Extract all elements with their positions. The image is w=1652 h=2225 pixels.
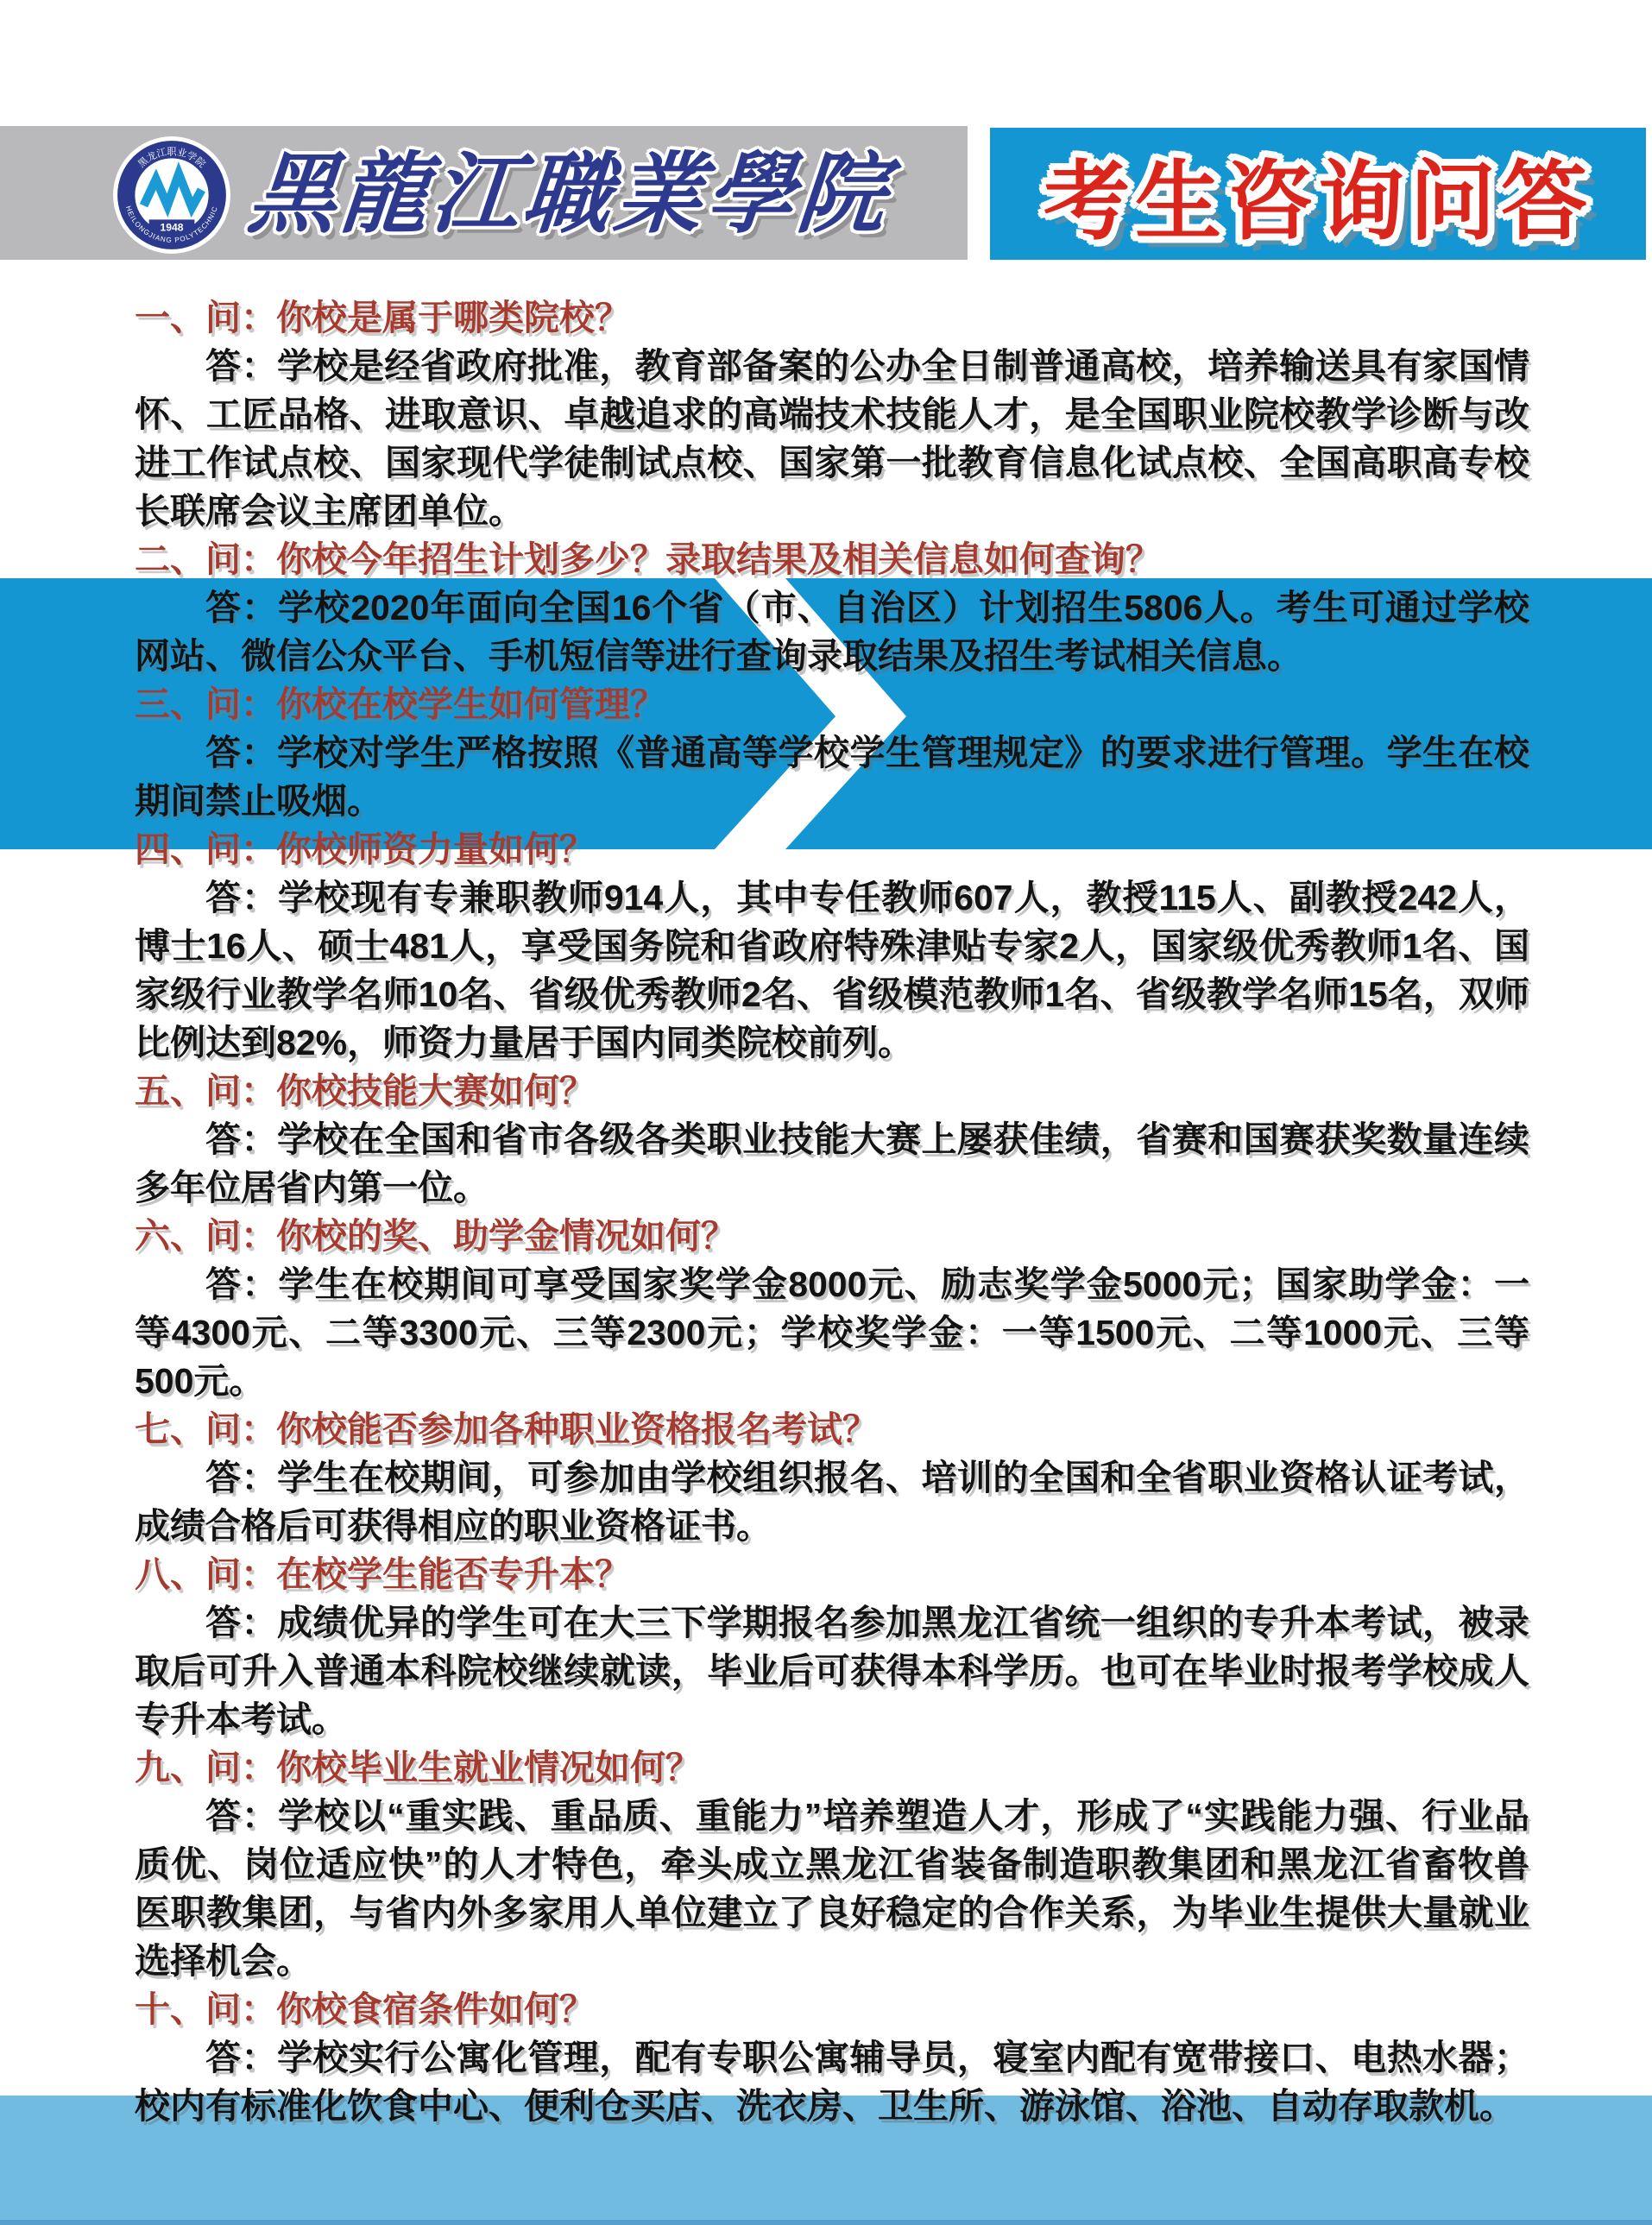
answer-paragraph-3: 答：学校对学生严格按照《普通高等学校学生管理规定》的要求进行管理。学生在校期间禁…	[135, 728, 1529, 825]
question-line-5: 五、问：你校技能大赛如何？	[135, 1067, 1529, 1115]
banner-title-box: 考生咨询问答	[990, 128, 1646, 260]
answer-paragraph-8: 答：成绩优异的学生可在大三下学期报名参加黑龙江省统一组织的专升本考试，被录取后可…	[135, 1598, 1529, 1743]
question-line-8: 八、问：在校学生能否专升本？	[135, 1550, 1529, 1598]
school-name-calligraphy: 黑龍江職業學院	[244, 143, 987, 245]
qa-content: 一、问：你校是属于哪类院校？ 答：学校是经省政府批准，教育部备案的公办全日制普通…	[135, 293, 1529, 2130]
question-line-1: 一、问：你校是属于哪类院校？	[135, 293, 1529, 342]
admissions-qa-page: 1948 黑龙江职业学院 HEILONGJIANG POLYTECHNIC 黑龍…	[0, 0, 1652, 2225]
answer-paragraph-4: 答：学校现有专兼职教师914人，其中专任教师607人，教授115人、副教授242…	[135, 873, 1529, 1067]
answer-paragraph-9: 答：学校以“重实践、重品质、重能力”培养塑造人才，形成了“实践能力强、行业品质优…	[135, 1792, 1529, 1985]
question-line-7: 七、问：你校能否参加各种职业资格报名考试？	[135, 1405, 1529, 1453]
answer-paragraph-10: 答：学校实行公寓化管理，配有专职公寓辅导员，寝室内配有宽带接口、电热水器；校内有…	[135, 2033, 1529, 2130]
answer-paragraph-1: 答：学校是经省政府批准，教育部备案的公办全日制普通高校，培养输送具有家国情怀、工…	[135, 342, 1529, 535]
answer-paragraph-7: 答：学生在校期间，可参加由学校组织报名、培训的全国和全省职业资格认证考试，成绩合…	[135, 1453, 1529, 1550]
question-line-9: 九、问：你校毕业生就业情况如何？	[135, 1743, 1529, 1792]
question-line-6: 六、问：你校的奖、助学金情况如何？	[135, 1212, 1529, 1260]
emblem-year: 1948	[160, 222, 183, 234]
answer-paragraph-5: 答：学校在全国和省市各级各类职业技能大赛上屡获佳绩，省赛和国赛获奖数量连续多年位…	[135, 1115, 1529, 1212]
question-line-10: 十、问：你校食宿条件如何？	[135, 1985, 1529, 2033]
question-line-4: 四、问：你校师资力量如何？	[135, 825, 1529, 873]
answer-paragraph-6: 答：学生在校期间可享受国家奖学金8000元、励志奖学金5000元；国家助学金：一…	[135, 1260, 1529, 1405]
question-line-2: 二、问：你校今年招生计划多少？录取结果及相关信息如何查询？	[135, 535, 1529, 583]
question-line-3: 三、问：你校在校学生如何管理？	[135, 680, 1529, 728]
school-emblem-icon: 1948 黑龙江职业学院 HEILONGJIANG POLYTECHNIC	[112, 136, 231, 255]
banner-title: 考生咨询问答	[1044, 132, 1592, 256]
footer-strip	[0, 2220, 1652, 2225]
answer-paragraph-2: 答：学校2020年面向全国16个省（市、自治区）计划招生5806人。考生可通过学…	[135, 583, 1529, 680]
